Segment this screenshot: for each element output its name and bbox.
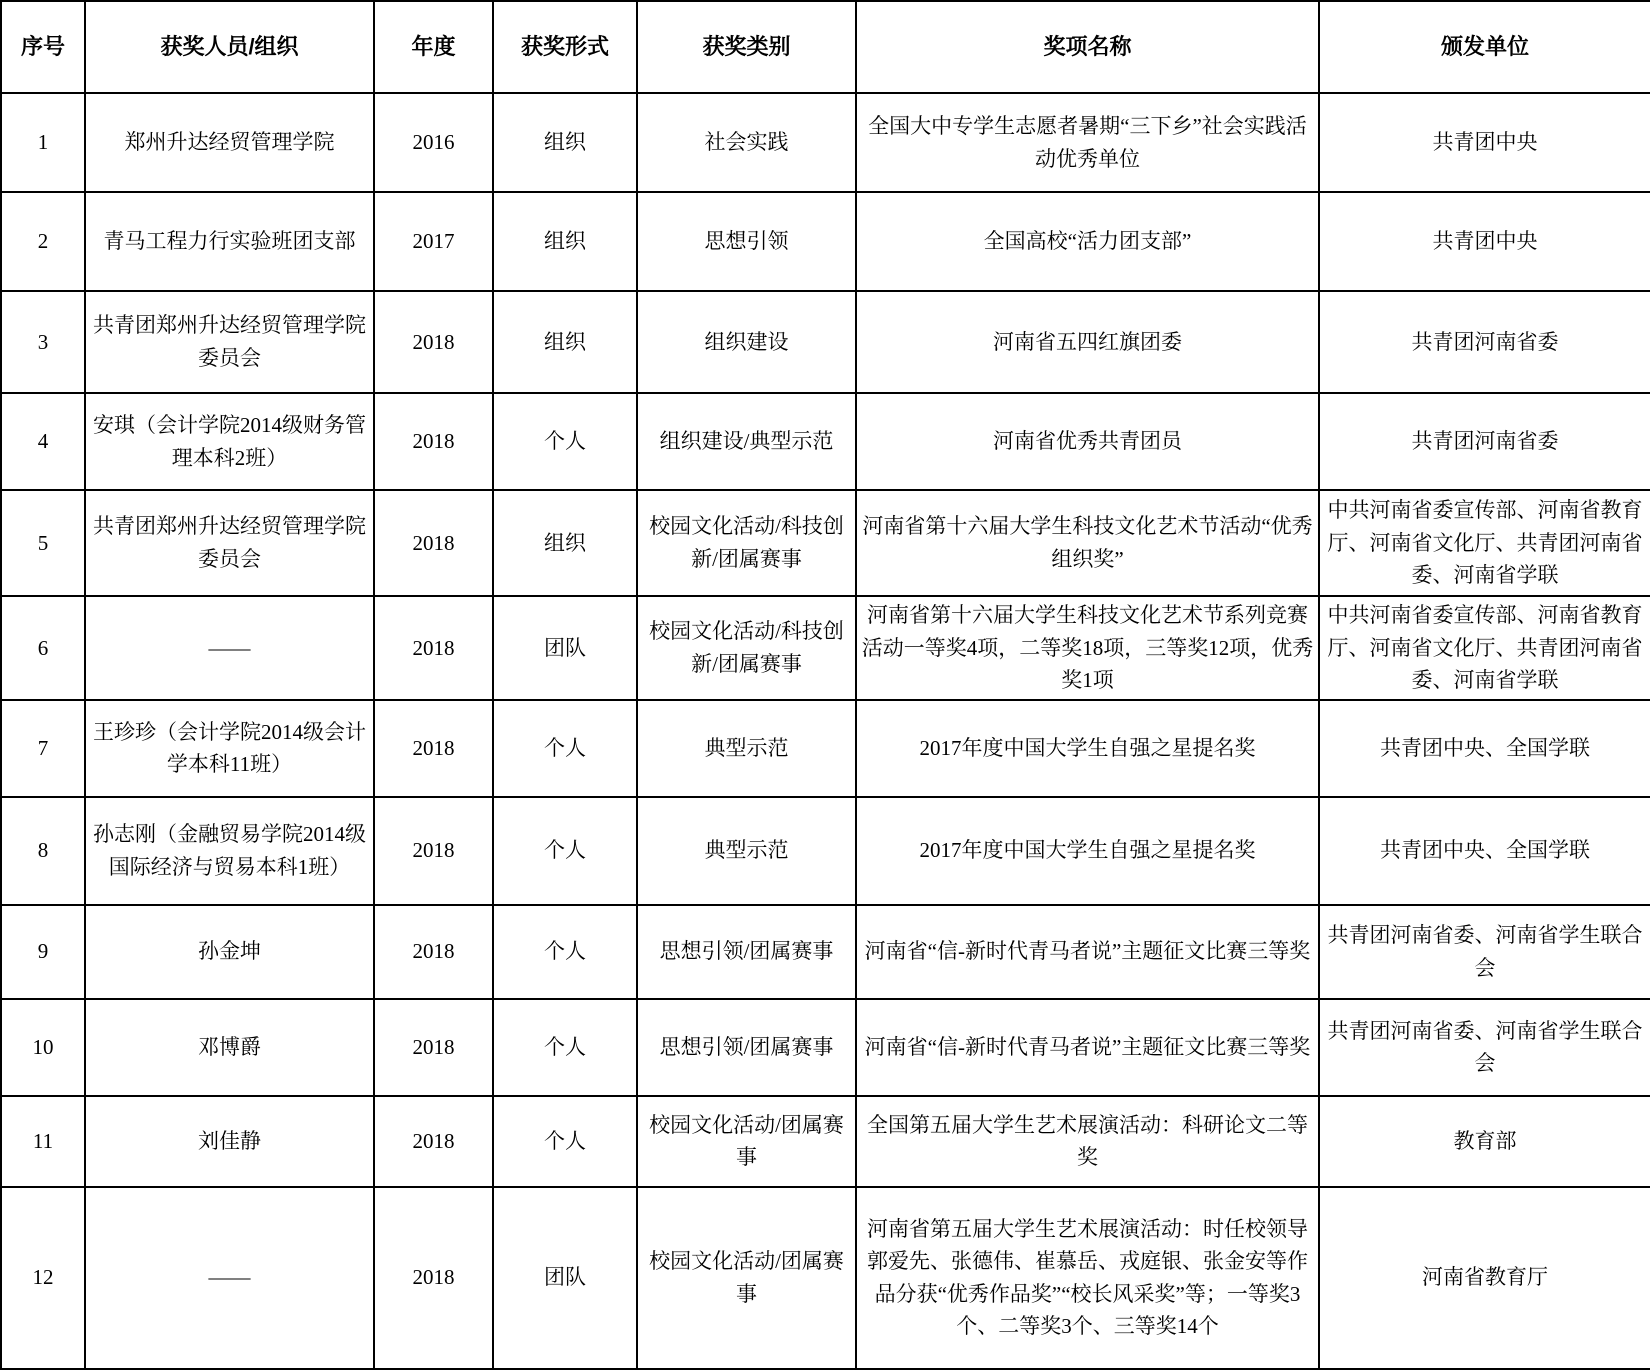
cell-recipient: ——	[85, 596, 374, 700]
cell-form: 团队	[493, 1187, 637, 1369]
cell-recipient: 青马工程力行实验班团支部	[85, 192, 374, 291]
cell-form: 组织	[493, 291, 637, 393]
cell-no: 4	[1, 393, 85, 490]
table-row: 8孙志刚（金融贸易学院2014级国际经济与贸易本科1班）2018个人典型示范20…	[1, 797, 1650, 905]
column-header-form: 获奖形式	[493, 1, 637, 93]
cell-issuer: 中共河南省委宣传部、河南省教育厅、河南省文化厅、共青团河南省委、河南省学联	[1319, 596, 1650, 700]
cell-issuer: 中共河南省委宣传部、河南省教育厅、河南省文化厅、共青团河南省委、河南省学联	[1319, 490, 1650, 596]
table-row: 11刘佳静2018个人校园文化活动/团属赛事全国第五届大学生艺术展演活动：科研论…	[1, 1096, 1650, 1187]
cell-award: 河南省五四红旗团委	[856, 291, 1319, 393]
cell-no: 2	[1, 192, 85, 291]
table-row: 5共青团郑州升达经贸管理学院委员会2018组织校园文化活动/科技创新/团属赛事河…	[1, 490, 1650, 596]
cell-recipient: ——	[85, 1187, 374, 1369]
cell-year: 2017	[374, 192, 493, 291]
table-row: 1郑州升达经贸管理学院2016组织社会实践全国大中专学生志愿者暑期“三下乡”社会…	[1, 93, 1650, 192]
cell-no: 10	[1, 999, 85, 1096]
cell-recipient: 郑州升达经贸管理学院	[85, 93, 374, 192]
column-header-category: 获奖类别	[637, 1, 856, 93]
cell-category: 校园文化活动/科技创新/团属赛事	[637, 490, 856, 596]
cell-category: 组织建设	[637, 291, 856, 393]
table-row: 2青马工程力行实验班团支部2017组织思想引领全国高校“活力团支部”共青团中央	[1, 192, 1650, 291]
cell-issuer: 共青团河南省委、河南省学生联合会	[1319, 905, 1650, 999]
cell-category: 思想引领/团属赛事	[637, 999, 856, 1096]
table-row: 10邓博爵2018个人思想引领/团属赛事河南省“信-新时代青马者说”主题征文比赛…	[1, 999, 1650, 1096]
cell-form: 个人	[493, 700, 637, 797]
column-header-award: 奖项名称	[856, 1, 1319, 93]
cell-award: 河南省“信-新时代青马者说”主题征文比赛三等奖	[856, 999, 1319, 1096]
cell-year: 2018	[374, 393, 493, 490]
cell-category: 典型示范	[637, 700, 856, 797]
cell-award: 河南省优秀共青团员	[856, 393, 1319, 490]
cell-category: 典型示范	[637, 797, 856, 905]
cell-award: 全国高校“活力团支部”	[856, 192, 1319, 291]
cell-form: 组织	[493, 93, 637, 192]
cell-issuer: 共青团河南省委	[1319, 393, 1650, 490]
cell-no: 3	[1, 291, 85, 393]
cell-no: 7	[1, 700, 85, 797]
cell-year: 2018	[374, 1187, 493, 1369]
cell-recipient: 孙志刚（金融贸易学院2014级国际经济与贸易本科1班）	[85, 797, 374, 905]
cell-issuer: 共青团河南省委、河南省学生联合会	[1319, 999, 1650, 1096]
cell-award: 2017年度中国大学生自强之星提名奖	[856, 700, 1319, 797]
cell-award: 全国第五届大学生艺术展演活动：科研论文二等奖	[856, 1096, 1319, 1187]
awards-table: 序号 获奖人员/组织 年度 获奖形式 获奖类别 奖项名称 颁发单位 1郑州升达经…	[0, 0, 1650, 1370]
cell-year: 2018	[374, 797, 493, 905]
table-row: 12——2018团队校园文化活动/团属赛事河南省第五届大学生艺术展演活动：时任校…	[1, 1187, 1650, 1369]
cell-recipient: 邓博爵	[85, 999, 374, 1096]
column-header-no: 序号	[1, 1, 85, 93]
cell-recipient: 王珍珍（会计学院2014级会计学本科11班）	[85, 700, 374, 797]
cell-year: 2018	[374, 291, 493, 393]
column-header-issuer: 颁发单位	[1319, 1, 1650, 93]
cell-category: 校园文化活动/团属赛事	[637, 1187, 856, 1369]
table-row: 6——2018团队校园文化活动/科技创新/团属赛事河南省第十六届大学生科技文化艺…	[1, 596, 1650, 700]
cell-no: 8	[1, 797, 85, 905]
cell-form: 个人	[493, 905, 637, 999]
cell-form: 组织	[493, 490, 637, 596]
column-header-recipient: 获奖人员/组织	[85, 1, 374, 93]
cell-award: 2017年度中国大学生自强之星提名奖	[856, 797, 1319, 905]
cell-category: 校园文化活动/团属赛事	[637, 1096, 856, 1187]
cell-year: 2018	[374, 596, 493, 700]
column-header-year: 年度	[374, 1, 493, 93]
cell-recipient: 孙金坤	[85, 905, 374, 999]
cell-form: 团队	[493, 596, 637, 700]
cell-category: 校园文化活动/科技创新/团属赛事	[637, 596, 856, 700]
cell-category: 思想引领	[637, 192, 856, 291]
cell-issuer: 共青团中央	[1319, 192, 1650, 291]
cell-recipient: 共青团郑州升达经贸管理学院委员会	[85, 490, 374, 596]
cell-year: 2018	[374, 905, 493, 999]
cell-issuer: 共青团中央	[1319, 93, 1650, 192]
cell-form: 个人	[493, 797, 637, 905]
table-row: 4安琪（会计学院2014级财务管理本科2班）2018个人组织建设/典型示范河南省…	[1, 393, 1650, 490]
cell-year: 2018	[374, 1096, 493, 1187]
cell-year: 2018	[374, 700, 493, 797]
cell-no: 1	[1, 93, 85, 192]
cell-year: 2016	[374, 93, 493, 192]
table-row: 3共青团郑州升达经贸管理学院委员会2018组织组织建设河南省五四红旗团委共青团河…	[1, 291, 1650, 393]
cell-issuer: 共青团中央、全国学联	[1319, 700, 1650, 797]
cell-form: 个人	[493, 999, 637, 1096]
cell-year: 2018	[374, 490, 493, 596]
cell-no: 5	[1, 490, 85, 596]
cell-issuer: 共青团河南省委	[1319, 291, 1650, 393]
cell-form: 个人	[493, 1096, 637, 1187]
cell-recipient: 刘佳静	[85, 1096, 374, 1187]
cell-no: 12	[1, 1187, 85, 1369]
cell-award: 河南省“信-新时代青马者说”主题征文比赛三等奖	[856, 905, 1319, 999]
cell-no: 9	[1, 905, 85, 999]
cell-year: 2018	[374, 999, 493, 1096]
header-row: 序号 获奖人员/组织 年度 获奖形式 获奖类别 奖项名称 颁发单位	[1, 1, 1650, 93]
cell-recipient: 安琪（会计学院2014级财务管理本科2班）	[85, 393, 374, 490]
cell-no: 6	[1, 596, 85, 700]
table-row: 7王珍珍（会计学院2014级会计学本科11班）2018个人典型示范2017年度中…	[1, 700, 1650, 797]
cell-issuer: 教育部	[1319, 1096, 1650, 1187]
table-row: 9孙金坤2018个人思想引领/团属赛事河南省“信-新时代青马者说”主题征文比赛三…	[1, 905, 1650, 999]
cell-issuer: 河南省教育厅	[1319, 1187, 1650, 1369]
cell-no: 11	[1, 1096, 85, 1187]
cell-award: 河南省第十六届大学生科技文化艺术节活动“优秀组织奖”	[856, 490, 1319, 596]
cell-award: 全国大中专学生志愿者暑期“三下乡”社会实践活动优秀单位	[856, 93, 1319, 192]
cell-award: 河南省第五届大学生艺术展演活动：时任校领导郭爱先、张德伟、崔慕岳、戎庭银、张金安…	[856, 1187, 1319, 1369]
cell-category: 社会实践	[637, 93, 856, 192]
cell-category: 思想引领/团属赛事	[637, 905, 856, 999]
cell-form: 个人	[493, 393, 637, 490]
cell-category: 组织建设/典型示范	[637, 393, 856, 490]
cell-form: 组织	[493, 192, 637, 291]
cell-issuer: 共青团中央、全国学联	[1319, 797, 1650, 905]
cell-award: 河南省第十六届大学生科技文化艺术节系列竞赛活动一等奖4项，二等奖18项，三等奖1…	[856, 596, 1319, 700]
cell-recipient: 共青团郑州升达经贸管理学院委员会	[85, 291, 374, 393]
